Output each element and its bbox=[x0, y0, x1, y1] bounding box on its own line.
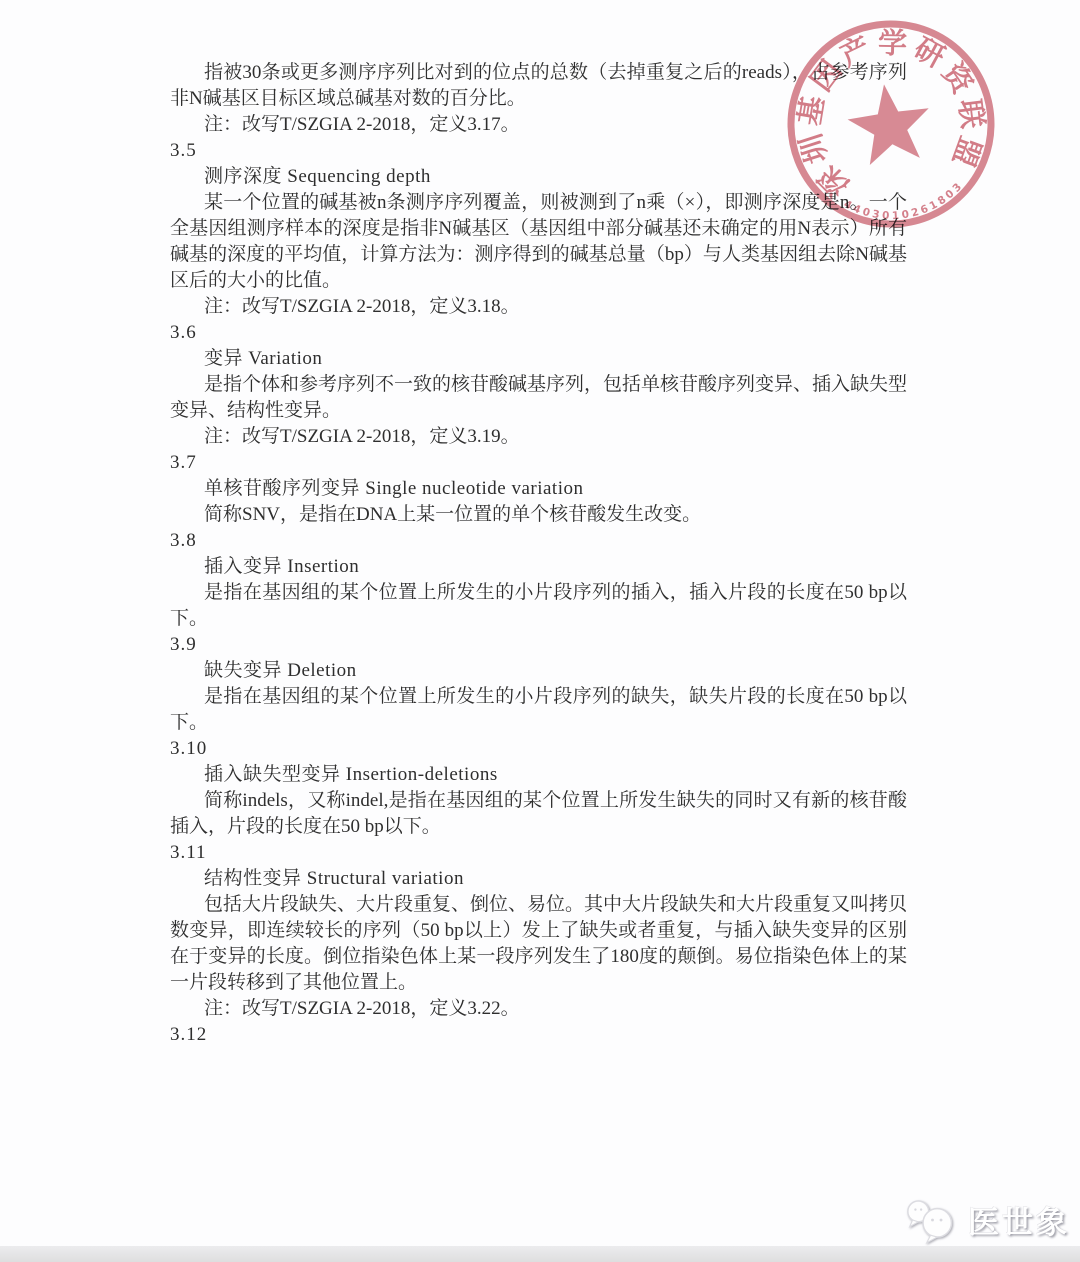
watermark-text: 医世象 bbox=[968, 1197, 1070, 1242]
section-number-3-7: 3.7 bbox=[170, 450, 907, 476]
intro-paragraph: 指被30条或更多测序序列比对到的位点的总数（去掉重复之后的reads），占参考序… bbox=[170, 60, 907, 112]
svg-text:资: 资 bbox=[936, 57, 981, 101]
scan-edge-band bbox=[0, 1246, 1080, 1262]
svg-text:学: 学 bbox=[878, 27, 908, 61]
definition-paragraph: 简称SNV，是指在DNA上某一位置的单个核苷酸发生改变。 bbox=[170, 502, 907, 528]
svg-text:1: 1 bbox=[927, 199, 939, 213]
definition-paragraph: 是指在基因组的某个位置上所发生的小片段序列的缺失，缺失片段的长度在50 bp以下… bbox=[170, 684, 907, 736]
note-line: 注：改写T/SZGIA 2-2018，定义3.19。 bbox=[170, 424, 907, 450]
svg-text:6: 6 bbox=[919, 203, 930, 217]
intro-note: 注：改写T/SZGIA 2-2018，定义3.17。 bbox=[170, 112, 907, 138]
svg-text:联: 联 bbox=[953, 97, 989, 130]
section-number-3-5: 3.5 bbox=[170, 138, 907, 164]
definition-paragraph: 简称indels，又称indel,是指在基因组的某个位置上所发生缺失的同时又有新… bbox=[170, 788, 907, 840]
svg-text:8: 8 bbox=[936, 194, 949, 208]
term-heading-variation: 变异 Variation bbox=[170, 346, 907, 372]
term-heading-structural-variation: 结构性变异 Structural variation bbox=[170, 866, 907, 892]
section-number-3-12: 3.12 bbox=[170, 1022, 907, 1048]
definition-paragraph: 是指个体和参考序列不一致的核苷酸碱基序列，包括单核苷酸序列变异、插入缺失型变异、… bbox=[170, 372, 907, 424]
definition-paragraph: 是指在基因组的某个位置上所发生的小片段序列的插入，插入片段的长度在50 bp以下… bbox=[170, 580, 907, 632]
section-number-3-9: 3.9 bbox=[170, 632, 907, 658]
document-page: 指被30条或更多测序序列比对到的位点的总数（去掉重复之后的reads），占参考序… bbox=[170, 60, 907, 1048]
term-heading-snv: 单核苷酸序列变异 Single nucleotide variation bbox=[170, 476, 907, 502]
svg-text:研: 研 bbox=[909, 32, 950, 75]
section-number-3-6: 3.6 bbox=[170, 320, 907, 346]
section-number-3-8: 3.8 bbox=[170, 528, 907, 554]
svg-text:0: 0 bbox=[943, 188, 956, 202]
definition-paragraph: 某一个位置的碱基被n条测序序列覆盖，则被测到了n乘（×），即测序深度是n。一个全… bbox=[170, 190, 907, 294]
svg-text:3: 3 bbox=[950, 181, 964, 195]
term-heading-indels: 插入缺失型变异 Insertion-deletions bbox=[170, 762, 907, 788]
chat-bubbles-icon bbox=[905, 1194, 960, 1246]
term-heading-insertion: 插入变异 Insertion bbox=[170, 554, 907, 580]
definition-paragraph: 包括大片段缺失、大片段重复、倒位、易位。其中大片段缺失和大片段重复又叫拷贝数变异… bbox=[170, 892, 907, 996]
section-number-3-10: 3.10 bbox=[170, 736, 907, 762]
note-line: 注：改写T/SZGIA 2-2018，定义3.18。 bbox=[170, 294, 907, 320]
svg-text:盟: 盟 bbox=[946, 132, 987, 171]
term-heading-sequencing-depth: 测序深度 Sequencing depth bbox=[170, 164, 907, 190]
watermark: 医世象 bbox=[905, 1192, 1070, 1247]
term-heading-deletion: 缺失变异 Deletion bbox=[170, 658, 907, 684]
section-number-3-11: 3.11 bbox=[170, 840, 907, 866]
svg-text:2: 2 bbox=[910, 206, 920, 219]
note-line: 注：改写T/SZGIA 2-2018，定义3.22。 bbox=[170, 996, 907, 1022]
